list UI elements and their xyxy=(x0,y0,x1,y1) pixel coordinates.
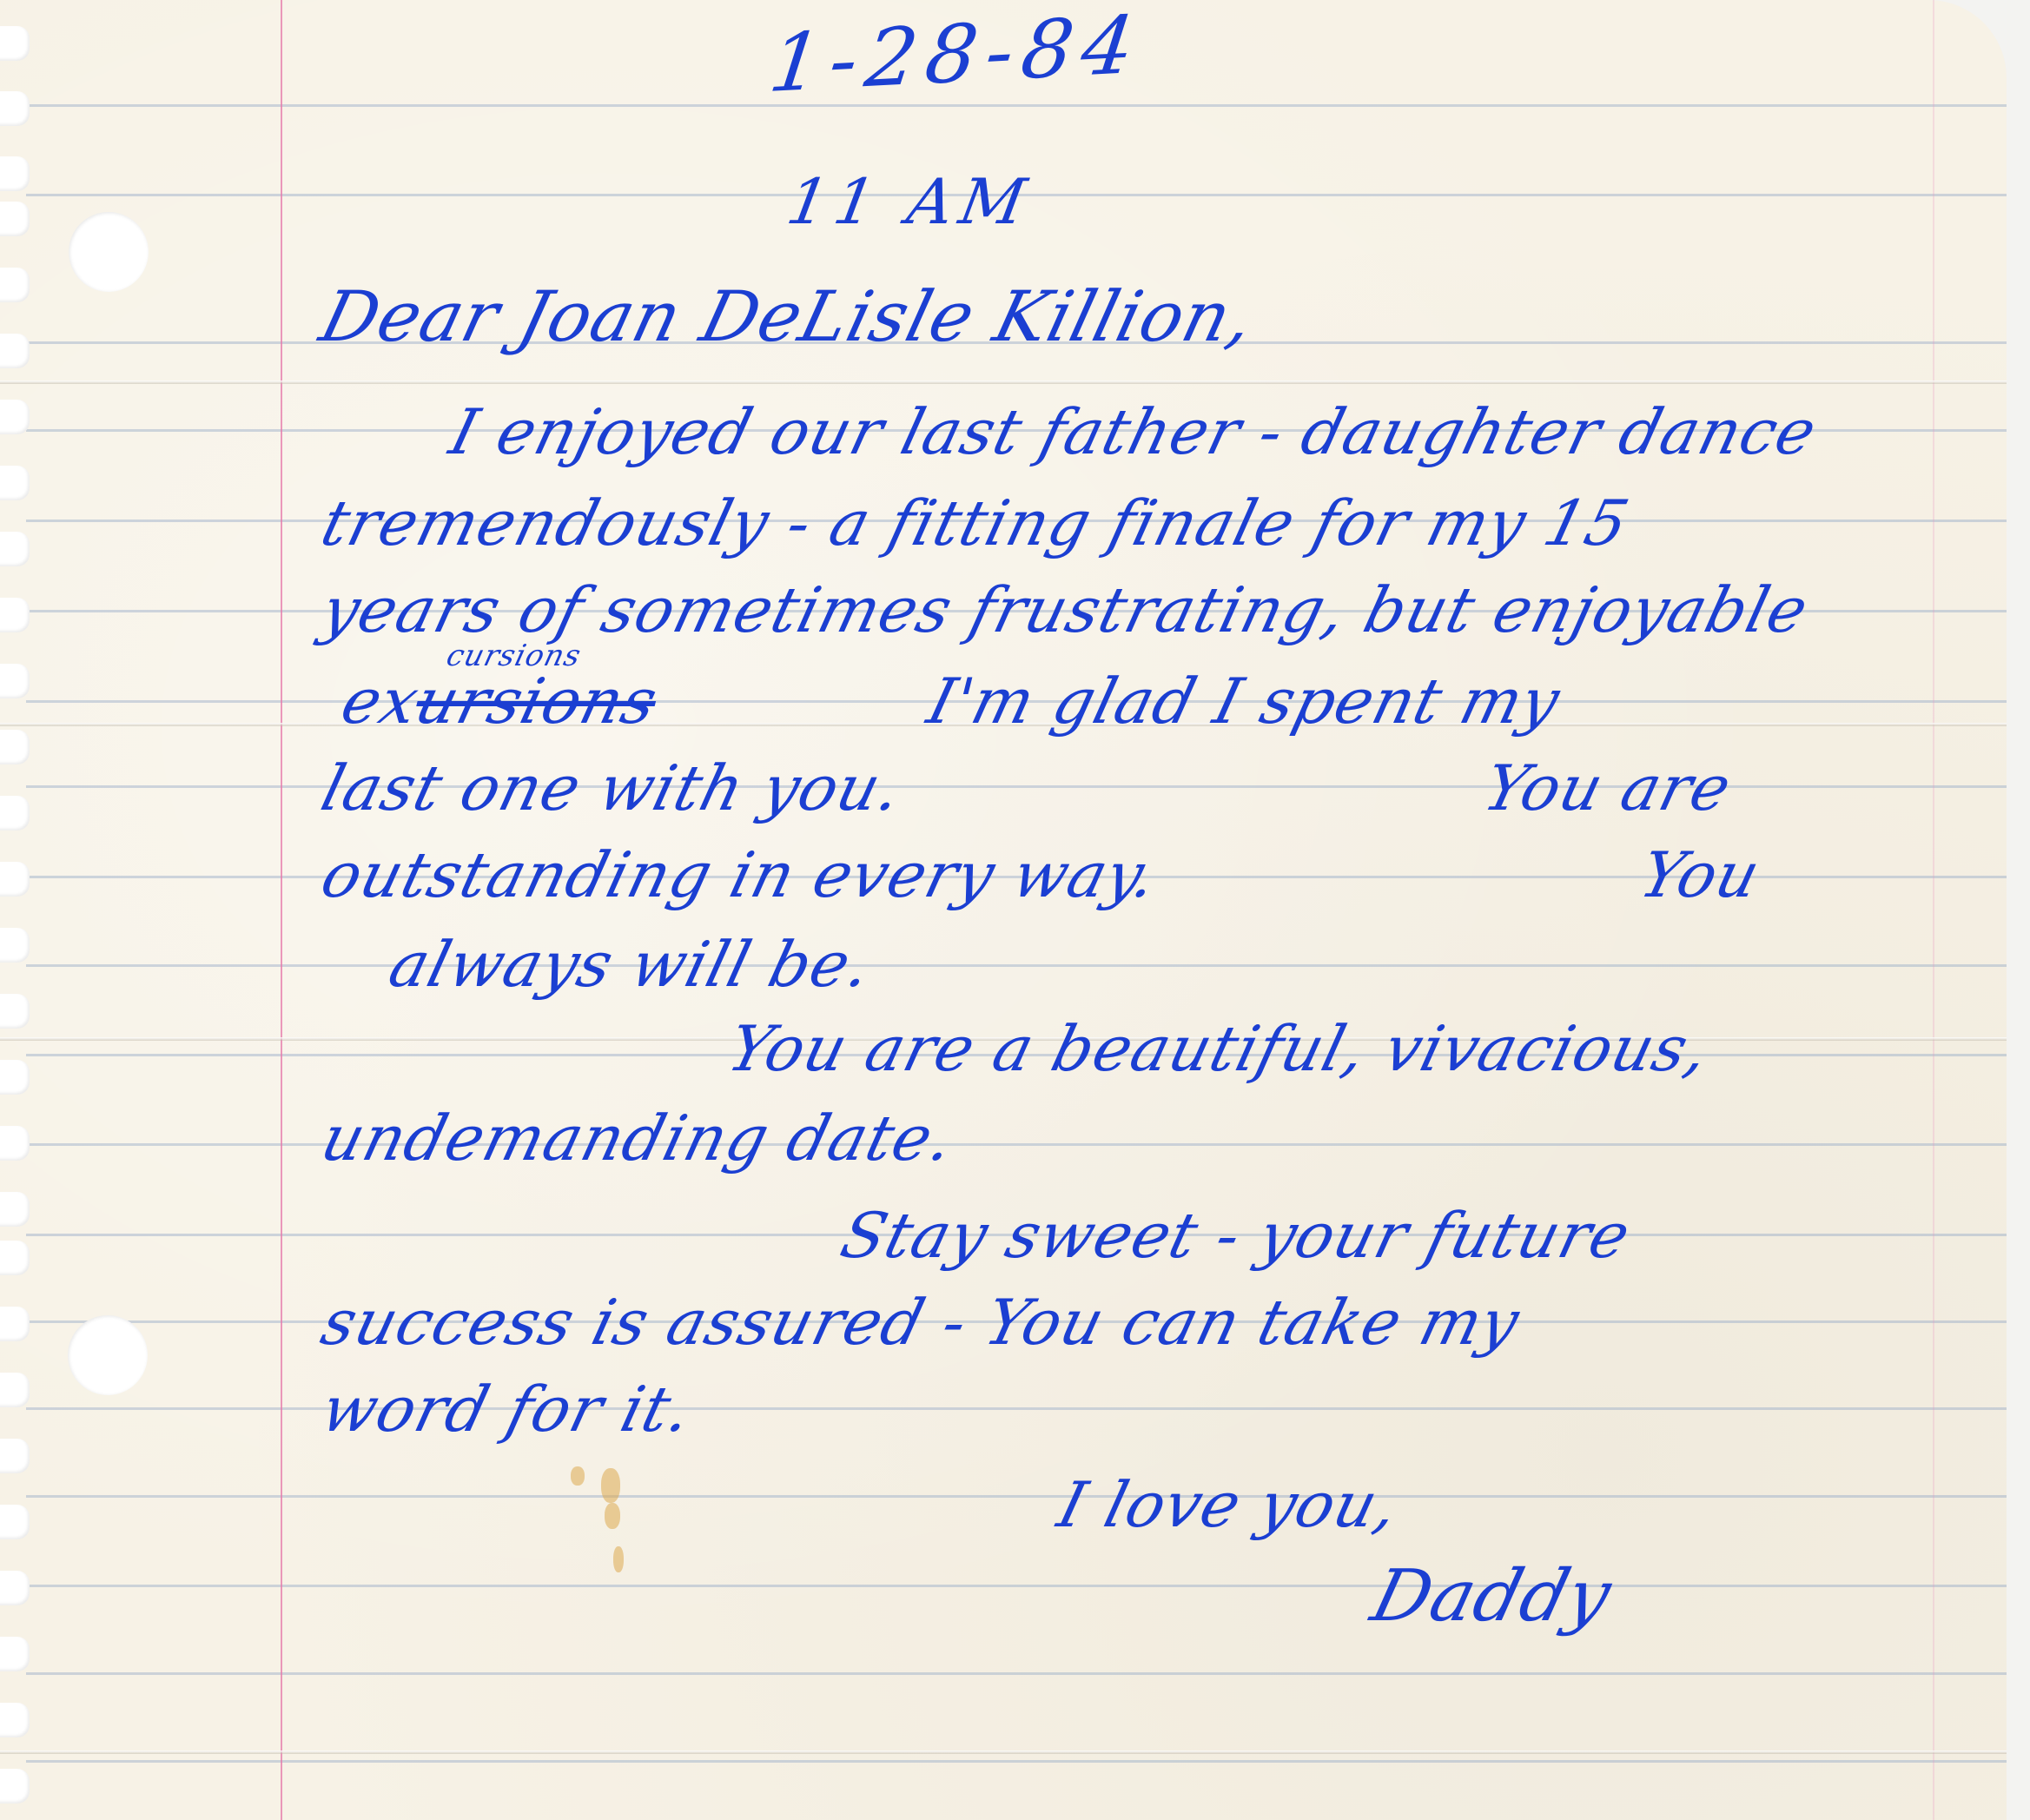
letter-line: tremendously - a fitting finale for my 1… xyxy=(314,486,1637,559)
spiral-perforation xyxy=(0,796,30,831)
letter-line: word for it. xyxy=(314,1373,699,1446)
spiral-perforation xyxy=(0,1769,30,1803)
paper-stain xyxy=(571,1466,585,1486)
letter-line-corrected: exursions xyxy=(334,665,665,738)
rule-line xyxy=(26,1672,2007,1675)
spiral-perforation xyxy=(0,156,30,191)
punched-hole xyxy=(69,212,149,292)
letter-time: 11 AM xyxy=(782,165,1038,238)
letter-line: Stay sweet - your future xyxy=(834,1199,1638,1272)
struck-word: ursions xyxy=(408,665,665,738)
letter-line: always will be. xyxy=(382,928,879,1001)
spiral-perforation xyxy=(0,1571,30,1605)
spiral-perforation xyxy=(0,994,30,1029)
paper-crease xyxy=(0,1751,2007,1754)
margin-line-faint xyxy=(1933,0,1934,1820)
spiral-perforation xyxy=(0,400,30,434)
spiral-perforation xyxy=(0,1307,30,1341)
rule-line xyxy=(26,1760,2007,1763)
spiral-perforation xyxy=(0,1241,30,1275)
spiral-perforation xyxy=(0,1505,30,1539)
salutation: Dear Joan DeLisle Killion, xyxy=(313,276,1263,357)
spiral-perforation xyxy=(0,928,30,963)
rule-line xyxy=(26,1585,2007,1587)
letter-line: outstanding in every way. xyxy=(314,838,1165,911)
letter-line: last one with you. xyxy=(314,751,909,824)
spiral-perforation xyxy=(0,598,30,632)
spiral-perforation xyxy=(0,1126,30,1161)
letter-date: 1-28-84 xyxy=(764,0,1147,110)
spiral-perforation xyxy=(0,1439,30,1473)
letter-line: I'm glad I spent my xyxy=(921,665,1567,738)
rule-line xyxy=(26,104,2007,107)
letter-line: undemanding date. xyxy=(314,1102,962,1175)
spiral-perforation xyxy=(0,730,30,764)
paper-crease xyxy=(0,381,2007,384)
spiral-perforation xyxy=(0,1703,30,1737)
letter-page: 1-28-84 11 AM Dear Joan DeLisle Killion,… xyxy=(0,0,2007,1820)
spiral-perforation xyxy=(0,862,30,897)
letter-line: You are a beautiful, vivacious, xyxy=(721,1012,1716,1085)
paper-stain xyxy=(601,1468,620,1503)
spiral-perforation xyxy=(0,26,30,61)
spiral-perforation xyxy=(0,1192,30,1227)
rule-line xyxy=(26,964,2007,967)
paper-stain xyxy=(613,1546,624,1572)
punched-hole xyxy=(68,1315,148,1395)
spiral-perforation xyxy=(0,202,30,236)
paper-stain xyxy=(605,1503,620,1529)
letter-line: You are xyxy=(1477,751,1739,824)
signature: Daddy xyxy=(1364,1555,1620,1638)
letter-line: success is assured - You can take my xyxy=(314,1286,1527,1359)
rule-line xyxy=(26,1495,2007,1498)
spiral-perforation xyxy=(0,268,30,302)
spiral-perforation xyxy=(0,91,30,126)
inserted-correction: cursions xyxy=(443,639,585,673)
spiral-perforation xyxy=(0,466,30,500)
spiral-perforation xyxy=(0,1637,30,1671)
spiral-perforation xyxy=(0,532,30,566)
spiral-perforation xyxy=(0,334,30,368)
spiral-perforation xyxy=(0,1060,30,1095)
spiral-perforation xyxy=(0,664,30,698)
letter-line: You xyxy=(1633,838,1768,911)
letter-line: years of sometimes frustrating, but enjo… xyxy=(314,573,1815,646)
letter-line: I enjoyed our last father - daughter dan… xyxy=(443,395,1824,468)
margin-line xyxy=(281,0,282,1820)
closing: I love you, xyxy=(1051,1468,1406,1541)
spiral-perforation xyxy=(0,1373,30,1407)
